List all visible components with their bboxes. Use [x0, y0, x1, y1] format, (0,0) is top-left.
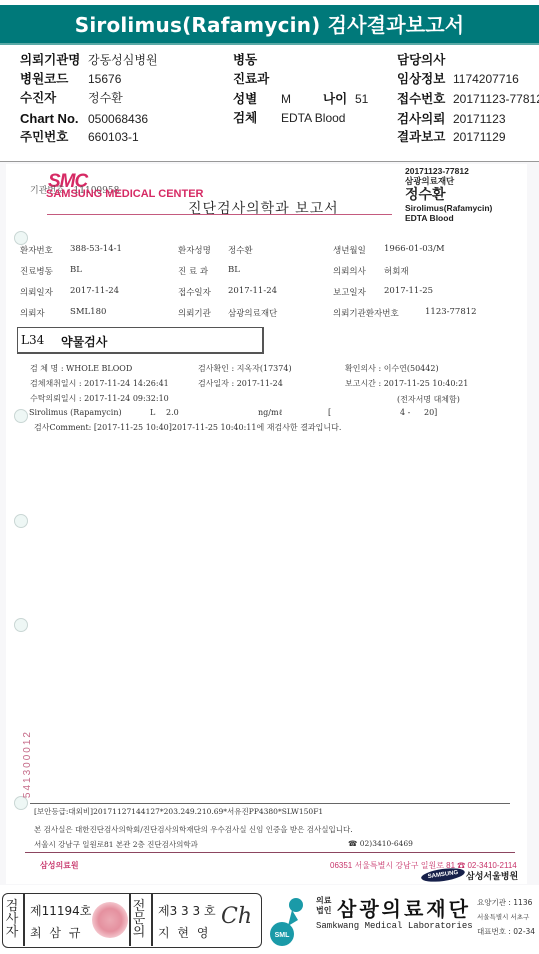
label: 병원코드 [20, 69, 88, 89]
patient-field-key: 환자번호 [20, 244, 53, 256]
patient-field-key: 의뢰기관환자번호 [333, 307, 399, 319]
divider [23, 894, 25, 946]
header-rule [47, 214, 392, 215]
result-ref-open: [ [328, 408, 331, 417]
info-hospital-code: 병원코드15676 [20, 69, 121, 89]
section-box: L34 약물검사 [17, 327, 264, 354]
detail-report-time: 보고시간 : 2017-11-25 10:40:21 [345, 378, 468, 389]
result-flag: L [150, 408, 155, 417]
info-patient-name: 수진자정수환 [20, 88, 123, 108]
divider [151, 894, 153, 946]
punch-hole [14, 514, 28, 528]
result-unit: ng/mℓ [258, 408, 282, 417]
patient-field-value: 1123-77812 [425, 307, 477, 317]
address-line: 서울시 강남구 일원로81 본관 2층 진단검사의학과 [34, 839, 198, 850]
patient-field-value: 2017-11-24 [228, 286, 277, 296]
punch-hole [14, 409, 28, 423]
info-clinical: 임상정보1174207716 [397, 69, 519, 89]
label-patient: 정수환 [405, 186, 492, 203]
patient-field-key: 의뢰일자 [20, 286, 53, 298]
phone-line: ☎ 02)3410-6469 [348, 839, 413, 848]
patient-field-value: 388-53-14-1 [70, 244, 122, 254]
label: 담당의사 [397, 50, 453, 70]
detail-checker: 검사확인 : 지옥자(17374) [198, 363, 292, 374]
corp-bottom: 법인 [316, 906, 331, 916]
patient-field-value: 2017-11-25 [384, 286, 433, 296]
label: Chart No. [20, 109, 88, 129]
info-resident-no: 주민번호660103-1 [20, 127, 139, 147]
sml-address: 서울특별시 서초구 [477, 912, 529, 921]
info-ward: 병동 [233, 50, 281, 70]
corp-label: 의료 법인 [316, 896, 331, 916]
age-value: 51 [355, 92, 368, 106]
label: 의뢰기관명 [20, 50, 88, 70]
info-department: 진료과 [233, 69, 281, 89]
value: 20171123 [453, 112, 506, 126]
vertical-number: 541300012 [22, 730, 33, 798]
label: 검체 [233, 108, 281, 128]
result-test-name: Sirolimus (Rapamycin) [29, 408, 122, 417]
info-institution: 의뢰기관명강동성심병원 [20, 50, 158, 70]
patient-field-key: 진료병동 [20, 265, 53, 277]
sml-code: 요양기관 : 1136 [477, 897, 532, 908]
patient-field-key: 의뢰의사 [333, 265, 366, 277]
value: 1174207716 [453, 72, 519, 86]
result-value: 2.0 [166, 408, 179, 417]
section-name: 약물검사 [61, 333, 107, 350]
patient-field-value: SML180 [70, 307, 106, 317]
patient-field-value: BL [70, 265, 82, 275]
scan-report-title: 진단검사의학과 보고서 [188, 198, 339, 218]
value: 정수환 [88, 91, 123, 105]
info-specimen: 검체EDTA Blood [233, 108, 345, 128]
label: 검사의뢰 [397, 109, 453, 129]
svg-text:SML: SML [275, 932, 291, 939]
punch-hole [14, 231, 28, 245]
signature-box: 검사자 제11194호 최 삼 규 전문의 제3 3 3 호 지 현 영 Ch [2, 893, 262, 948]
security-line: [보안등급:대외비]20171127144127*203.249.210.69*… [34, 806, 323, 817]
corp-top: 의료 [316, 896, 331, 906]
signature-scribble: Ch [221, 904, 252, 929]
detail-specimen: 검 체 명 : WHOLE BLOOD [30, 363, 132, 374]
patient-field-key: 의뢰자 [20, 307, 45, 319]
value: 20171129 [453, 130, 506, 144]
label: 병동 [233, 50, 281, 70]
patient-field-key: 환자성명 [178, 244, 211, 256]
examiner-name: 최 삼 규 [30, 924, 82, 941]
info-request-date: 검사의뢰20171123 [397, 109, 506, 129]
cert-line: 본 검사실은 대한진단검사의학회/진단검사의학재단의 우수검사실 신임 인증을 … [34, 824, 353, 835]
label: 성별 [233, 89, 281, 109]
patient-field-value: 1966-01-03/M [384, 244, 445, 254]
label: 진료과 [233, 69, 281, 89]
label: 결과보고 [397, 127, 453, 147]
hospital-name: 삼성서울병원 [466, 869, 518, 882]
patient-field-key: 보고일자 [333, 286, 366, 298]
foundation-name: 삼성의료원 [40, 860, 79, 871]
info-doctor: 담당의사 [397, 50, 453, 70]
label-specimen: EDTA Blood [405, 213, 492, 223]
detail-doctor: 확인의사 : 이수연(50442) [345, 363, 439, 374]
patient-field-value: 허회재 [384, 265, 409, 277]
age-label: 나이 [323, 89, 355, 109]
patient-field-value: 2017-11-24 [70, 286, 119, 296]
label-lab: 삼광의료재단 [405, 176, 492, 186]
examiner-label: 검사자 [5, 900, 19, 939]
label: 수진자 [20, 88, 88, 108]
patient-field-key: 생년월일 [333, 244, 366, 256]
sml-phone: 대표번호 : 02-34 [477, 926, 535, 937]
info-report-date: 결과보고20171129 [397, 127, 506, 147]
sml-logo-icon: SML [268, 896, 310, 946]
value: 15676 [88, 72, 121, 86]
scanned-report-paper [6, 164, 527, 884]
sml-english-name: Samkwang Medical Laboratories [316, 921, 473, 931]
value: 강동성심병원 [88, 53, 158, 67]
punch-hole [14, 796, 28, 810]
patient-field-key: 의뢰기관 [178, 307, 211, 319]
label: 임상정보 [397, 69, 453, 89]
patient-field-value: 삼광의료재단 [228, 307, 277, 319]
info-sex: 성별M나이51 [233, 89, 368, 109]
punch-hole [14, 618, 28, 632]
section-code: L34 [21, 333, 44, 347]
footer-rule-2 [25, 852, 515, 853]
patient-field-value: 정수환 [228, 244, 253, 256]
detail-receive: 수탁의뢰일시 : 2017-11-24 09:32:10 [30, 393, 169, 404]
report-title-bar: Sirolimus(Rafamycin) 검사결과보고서 [0, 5, 539, 45]
label: 접수번호 [397, 89, 453, 109]
label: 주민번호 [20, 127, 88, 147]
footer-rule [30, 803, 510, 804]
specialist-name: 지 현 영 [158, 924, 210, 941]
patient-field-value: BL [228, 265, 240, 275]
value: EDTA Blood [281, 111, 345, 125]
info-chart-no: Chart No.050068436 [20, 109, 148, 129]
patient-field-key: 진 료 과 [178, 265, 208, 277]
detail-esign: (전자서명 대체함) [397, 394, 460, 405]
label-receipt: 20171123-77812 [405, 166, 492, 176]
specialist-label: 전문의 [132, 900, 146, 939]
value: 050068436 [88, 112, 148, 126]
value: 660103-1 [88, 130, 139, 144]
info-receipt-no: 접수번호20171123-77812 [397, 89, 539, 109]
seal-stamp [92, 902, 128, 938]
result-comment: 검사Comment: [2017-11-25 10:40]2017-11-25 … [34, 422, 341, 433]
specialist-license: 제3 3 3 호 [158, 902, 216, 919]
detail-collect: 검체채취일시 : 2017-11-24 14:26:41 [30, 378, 169, 389]
smc-name: SAMSUNG MEDICAL CENTER [46, 188, 203, 200]
examiner-license: 제11194호 [30, 902, 91, 919]
specimen-label: 20171123-77812 삼광의료재단 정수환 Sirolimus(Rafa… [405, 166, 492, 223]
divider [129, 894, 131, 946]
value: 20171123-77812 [453, 92, 539, 106]
result-ref-low: 4 - [400, 408, 410, 417]
result-ref-high: 20] [424, 408, 437, 417]
detail-test-date: 검사일자 : 2017-11-24 [198, 378, 283, 389]
sml-name: 삼광의료재단 [337, 893, 471, 922]
value: M [281, 89, 323, 109]
label-test: Sirolimus(Rafamycin) [405, 203, 492, 213]
patient-field-key: 접수일자 [178, 286, 211, 298]
